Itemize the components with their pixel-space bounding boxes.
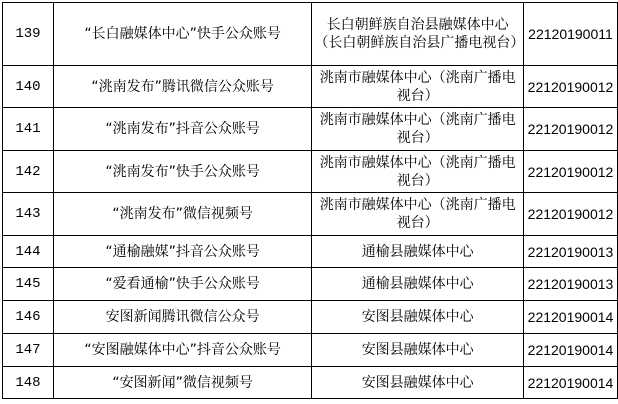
registration-code: 22120190013 xyxy=(523,236,617,268)
row-number: 142 xyxy=(3,151,54,193)
table-row: 148 “安图新闻”微信视频号 安图县融媒体中心 22120190014 xyxy=(3,367,618,399)
account-name: “洮南发布”腾讯微信公众账号 xyxy=(53,66,311,108)
account-name: “洮南发布”微信视频号 xyxy=(53,193,311,236)
row-number: 143 xyxy=(3,193,54,236)
organization: 通榆县融媒体中心 xyxy=(312,268,524,301)
row-number: 146 xyxy=(3,301,54,334)
row-number: 139 xyxy=(3,3,54,66)
table-body: 139 “长白融媒体中心”快手公众账号 长白朝鲜族自治县融媒体中心（长白朝鲜族自… xyxy=(3,3,618,399)
organization: 洮南市融媒体中心（洮南广播电视台） xyxy=(312,193,524,236)
table-row: 144 “通榆融媒”抖音公众账号 通榆县融媒体中心 22120190013 xyxy=(3,236,618,268)
account-name: “安图新闻”微信视频号 xyxy=(53,367,311,399)
organization: 洮南市融媒体中心（洮南广播电视台） xyxy=(312,66,524,108)
organization: 通榆县融媒体中心 xyxy=(312,236,524,268)
row-number: 148 xyxy=(3,367,54,399)
table-row: 140 “洮南发布”腾讯微信公众账号 洮南市融媒体中心（洮南广播电视台） 221… xyxy=(3,66,618,108)
organization: 安图县融媒体中心 xyxy=(312,334,524,367)
registration-code: 22120190012 xyxy=(523,66,617,108)
account-name: “洮南发布”快手公众账号 xyxy=(53,151,311,193)
registration-code: 22120190013 xyxy=(523,268,617,301)
table-row: 141 “洮南发布”抖音公众账号 洮南市融媒体中心（洮南广播电视台） 22120… xyxy=(3,108,618,151)
registration-code: 22120190014 xyxy=(523,334,617,367)
account-name: “长白融媒体中心”快手公众账号 xyxy=(53,3,311,66)
row-number: 147 xyxy=(3,334,54,367)
registration-code: 22120190012 xyxy=(523,108,617,151)
row-number: 145 xyxy=(3,268,54,301)
table-row: 142 “洮南发布”快手公众账号 洮南市融媒体中心（洮南广播电视台） 22120… xyxy=(3,151,618,193)
account-name: “洮南发布”抖音公众账号 xyxy=(53,108,311,151)
row-number: 141 xyxy=(3,108,54,151)
table-row: 147 “安图融媒体中心”抖音公众账号 安图县融媒体中心 22120190014 xyxy=(3,334,618,367)
account-name: “爱看通榆”快手公众账号 xyxy=(53,268,311,301)
organization: 洮南市融媒体中心（洮南广播电视台） xyxy=(312,151,524,193)
table-row: 139 “长白融媒体中心”快手公众账号 长白朝鲜族自治县融媒体中心（长白朝鲜族自… xyxy=(3,3,618,66)
account-name: 安图新闻腾讯微信公众号 xyxy=(53,301,311,334)
row-number: 140 xyxy=(3,66,54,108)
organization: 安图县融媒体中心 xyxy=(312,301,524,334)
media-accounts-table: 139 “长白融媒体中心”快手公众账号 长白朝鲜族自治县融媒体中心（长白朝鲜族自… xyxy=(2,2,618,399)
registration-code: 22120190014 xyxy=(523,367,617,399)
registration-code: 22120190011 xyxy=(523,3,617,66)
registration-code: 22120190012 xyxy=(523,151,617,193)
registration-code: 22120190014 xyxy=(523,301,617,334)
organization: 安图县融媒体中心 xyxy=(312,367,524,399)
row-number: 144 xyxy=(3,236,54,268)
table-row: 145 “爱看通榆”快手公众账号 通榆县融媒体中心 22120190013 xyxy=(3,268,618,301)
registration-code: 22120190012 xyxy=(523,193,617,236)
organization: 洮南市融媒体中心（洮南广播电视台） xyxy=(312,108,524,151)
table-row: 143 “洮南发布”微信视频号 洮南市融媒体中心（洮南广播电视台） 221201… xyxy=(3,193,618,236)
table-row: 146 安图新闻腾讯微信公众号 安图县融媒体中心 22120190014 xyxy=(3,301,618,334)
organization: 长白朝鲜族自治县融媒体中心（长白朝鲜族自治县广播电视台） xyxy=(312,3,524,66)
account-name: “通榆融媒”抖音公众账号 xyxy=(53,236,311,268)
account-name: “安图融媒体中心”抖音公众账号 xyxy=(53,334,311,367)
